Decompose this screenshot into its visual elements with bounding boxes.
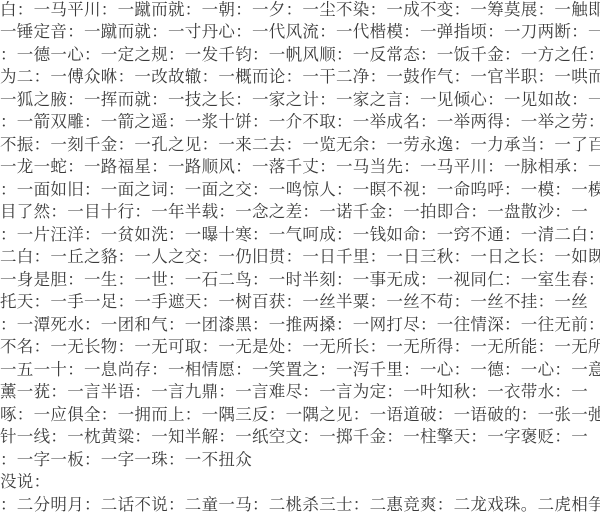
text-line: 一身是胆：一生：一世：一石二鸟：一时半刻：一事无成：一视同仁：一室生春： xyxy=(0,270,600,290)
text-line: 一锤定音：一蹴而就：一寸丹心：一代风流：一代楷模：一弹指顷：一刀两断：一德 xyxy=(0,22,600,42)
text-line: 没说： xyxy=(0,472,50,492)
text-line: 白：一马平川：一蹴而就：一朝：一夕：一尘不染：一成不变：一筹莫展：一触即 xyxy=(0,0,600,20)
text-line: ：一德一心：一定之规：一发千钧：一帆风顺：一反常态：一饭千金：一方之任： xyxy=(0,45,600,65)
text-line: ：一箭双雕：一箭之遥：一浆十饼：一介不取：一举成名：一举两得：一举之劳： xyxy=(0,112,600,132)
text-line: ：一潭死水：一团和气：一团漆黑：一推两搡：一网打尽：一往情深：一往无前： xyxy=(0,315,600,335)
text-line: ：二分明月：二话不说：二童一马：二桃杀三士：二惠竞爽：二龙戏珠。二虎相争 xyxy=(0,495,600,514)
text-line: 一狐之腋：一挥而就：一技之长：一家之计：一家之言：一见倾心：一见如故：一见 xyxy=(0,90,600,110)
document-page: 白：一马平川：一蹴而就：一朝：一夕：一尘不染：一成不变：一筹莫展：一触即 一锤定… xyxy=(0,0,600,514)
text-line: 薰一莸：一言半语：一言九鼎：一言难尽：一言为定：一叶知秋：一衣带水：一 xyxy=(0,382,588,402)
text-line: ：一面如旧：一面之词：一面之交：一鸣惊人：一瞑不视：一命呜呼：一模：一模 xyxy=(0,180,600,200)
text-line: 目了然：一目十行：一年半载：一念之差：一诺千金：一拍即合：一盘散沙：一 xyxy=(0,202,588,222)
text-line: 托天：一手一足：一手遮天：一树百获：一丝半粟：一丝不苟：一丝不挂：一丝 xyxy=(0,292,588,312)
text-line: 一龙一蛇：一路福星：一路顺风：一落千丈：一马当先：一马平川：一脉相承：一脉 xyxy=(0,157,600,177)
text-line: ：一字一板：一字一珠：一不扭众 xyxy=(0,450,252,470)
text-line: 二白：一丘之貉：一人之交：一仍旧贯：一日千里：一日三秋：一日之长：一如既 xyxy=(0,247,600,267)
text-line: 不名：一无长物：一无可取：一无是处：一无所长：一无所得：一无所能：一无所 xyxy=(0,337,600,357)
text-line: 一五一十：一息尚存：一相情愿：一笑置之：一泻千里：一心：一德：一心：一意 xyxy=(0,360,600,380)
text-line: 不振：一刻千金：一孔之见：一来二去：一览无余：一劳永逸：一力承当：一了百 xyxy=(0,135,600,155)
text-line: ：一片汪洋：一贫如洗：一曝十寒：一气呵成：一钱如命：一窍不通：一清二白： xyxy=(0,225,600,245)
text-line: 啄：一应俱全：一拥而上：一隅三反：一隅之见：一语道破：一语破的：一张一弛 xyxy=(0,405,600,425)
text-line: 为二：一傅众咻：一改故辙：一概而论：一干二净：一鼓作气：一官半职：一哄而 xyxy=(0,67,600,87)
text-line: 针一线：一枕黄粱：一知半解：一纸空文：一掷千金：一柱擎天：一字褒贬：一 xyxy=(0,427,588,447)
